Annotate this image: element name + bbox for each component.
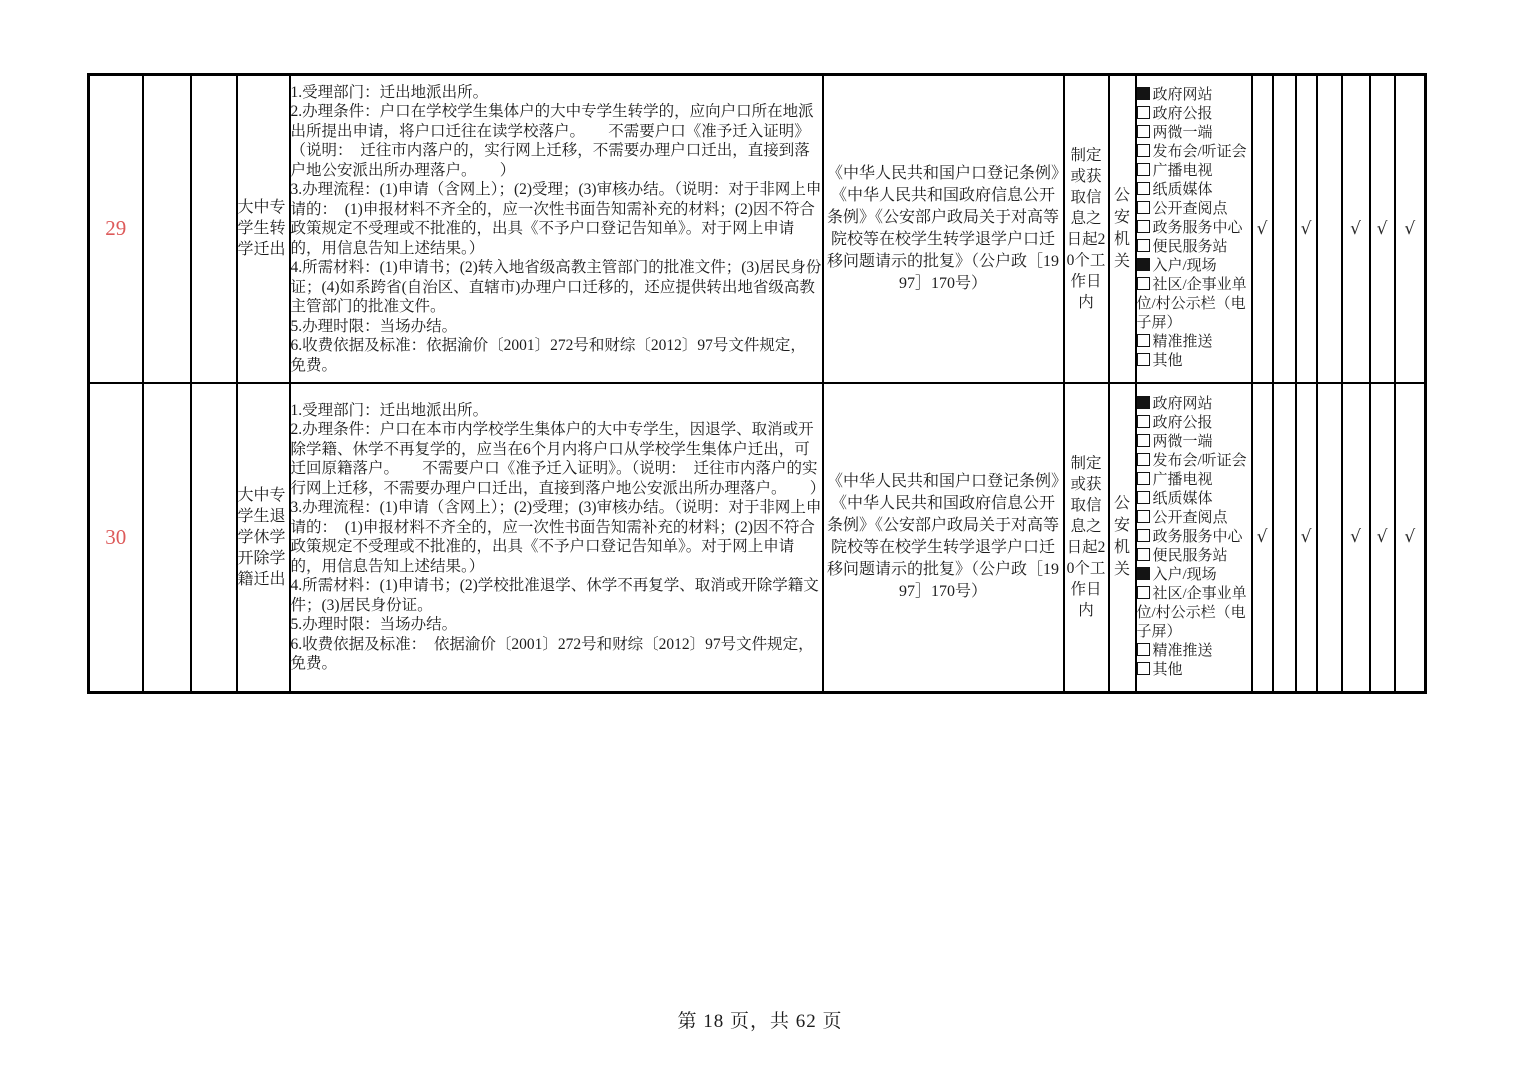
- table-row: 29 大中专学生转学迁出 1.受理部门：迁出地派出所。2.办理条件：户口在学校学…: [89, 75, 1426, 383]
- channel-label: 入户/现场: [1153, 567, 1217, 583]
- channel-label: 两微一端: [1153, 434, 1213, 450]
- checkbox-unchecked-icon: [1137, 491, 1150, 504]
- publication-channels: 政府网站政府公报两微一端发布会/听证会广播电视纸质媒体公开查阅点政务服务中心便民…: [1136, 75, 1252, 383]
- publication-channels: 政府网站政府公报两微一端发布会/听证会广播电视纸质媒体公开查阅点政务服务中心便民…: [1136, 383, 1252, 693]
- channel-label: 政府网站: [1153, 87, 1213, 103]
- service-description: 1.受理部门：迁出地派出所。2.办理条件：户口在本市内学校学生集体户的大中专学生…: [290, 383, 823, 693]
- channel-label: 政府网站: [1153, 396, 1213, 412]
- checkbox-unchecked-icon: [1137, 163, 1150, 176]
- channel-item: 便民服务站: [1137, 547, 1251, 566]
- row-number: 30: [89, 383, 143, 693]
- check-mark-cell: √: [1296, 75, 1317, 383]
- row-number: 29: [89, 75, 143, 383]
- checkbox-unchecked-icon: [1137, 182, 1150, 195]
- check-mark-cell: √: [1252, 383, 1273, 693]
- check-mark-cell: [1273, 383, 1296, 693]
- checkbox-unchecked-icon: [1137, 106, 1150, 119]
- check-mark-cell: √: [1395, 383, 1426, 693]
- channel-item: 公开查阅点: [1137, 200, 1251, 219]
- channel-label: 政府公报: [1153, 415, 1213, 431]
- checkbox-unchecked-icon: [1137, 662, 1150, 675]
- time-limit: 制定或获取信息之日起20个工作日内: [1064, 383, 1109, 693]
- checkbox-unchecked-icon: [1137, 415, 1150, 428]
- channel-label: 公开查阅点: [1153, 201, 1228, 217]
- check-mark-cell: [1317, 75, 1342, 383]
- channel-label: 发布会/听证会: [1153, 453, 1247, 469]
- check-mark-cell: √: [1370, 383, 1395, 693]
- check-mark-cell: √: [1342, 75, 1370, 383]
- checkbox-unchecked-icon: [1137, 125, 1150, 138]
- time-limit: 制定或获取信息之日起20个工作日内: [1064, 75, 1109, 383]
- channel-label: 广播电视: [1153, 163, 1213, 179]
- empty-cell: [143, 75, 191, 383]
- table-body: 29 大中专学生转学迁出 1.受理部门：迁出地派出所。2.办理条件：户口在学校学…: [89, 75, 1426, 693]
- channel-item: 纸质媒体: [1137, 490, 1251, 509]
- channel-label: 公开查阅点: [1153, 510, 1228, 526]
- channel-label: 社区/企事业单位/村公示栏（电子屏）: [1137, 586, 1247, 640]
- channel-label: 政府公报: [1153, 106, 1213, 122]
- channel-item: 其他: [1137, 661, 1251, 680]
- authority: 公安机关: [1109, 75, 1136, 383]
- channel-item: 政府公报: [1137, 105, 1251, 124]
- description-line: 1.受理部门：迁出地派出所。: [291, 83, 822, 103]
- channel-label: 纸质媒体: [1153, 491, 1213, 507]
- channel-item: 纸质媒体: [1137, 181, 1251, 200]
- checkbox-unchecked-icon: [1137, 586, 1150, 599]
- empty-cell: [191, 383, 237, 693]
- check-mark-cell: √: [1370, 75, 1395, 383]
- checkbox-unchecked-icon: [1137, 548, 1150, 561]
- service-table: 29 大中专学生转学迁出 1.受理部门：迁出地派出所。2.办理条件：户口在学校学…: [87, 73, 1427, 694]
- channel-item: 精准推送: [1137, 642, 1251, 661]
- channel-item: 政府网站: [1137, 86, 1251, 105]
- channel-label: 社区/企事业单位/村公示栏（电子屏）: [1137, 277, 1247, 331]
- check-mark-cell: √: [1342, 383, 1370, 693]
- channel-label: 纸质媒体: [1153, 182, 1213, 198]
- channel-label: 发布会/听证会: [1153, 144, 1247, 160]
- authority: 公安机关: [1109, 383, 1136, 693]
- channel-item: 公开查阅点: [1137, 509, 1251, 528]
- channel-item: 两微一端: [1137, 433, 1251, 452]
- description-line: 2.办理条件：户口在本市内学校学生集体户的大中专学生，因退学、取消或开除学籍、休…: [291, 420, 822, 498]
- channel-item: 政务服务中心: [1137, 219, 1251, 238]
- description-line: 3.办理流程：(1)申请（含网上）；(2)受理；(3)审核办结。（说明：对于非网…: [291, 180, 822, 258]
- checkbox-checked-icon: [1137, 396, 1150, 409]
- checkbox-unchecked-icon: [1137, 201, 1150, 214]
- checkbox-unchecked-icon: [1137, 643, 1150, 656]
- check-mark-cell: [1273, 75, 1296, 383]
- description-line: 1.受理部门：迁出地派出所。: [291, 401, 822, 421]
- check-mark-cell: [1317, 383, 1342, 693]
- checkbox-unchecked-icon: [1137, 434, 1150, 447]
- channel-label: 其他: [1153, 353, 1183, 369]
- checkbox-unchecked-icon: [1137, 472, 1150, 485]
- channel-item: 发布会/听证会: [1137, 452, 1251, 471]
- check-mark-cell: √: [1296, 383, 1317, 693]
- channel-item: 广播电视: [1137, 471, 1251, 490]
- page-footer: 第 18 页，共 62 页: [0, 1006, 1520, 1033]
- service-name: 大中专学生转学迁出: [237, 75, 290, 383]
- channel-item: 入户/现场: [1137, 566, 1251, 585]
- channel-item: 政府网站: [1137, 395, 1251, 414]
- channel-label: 便民服务站: [1153, 548, 1228, 564]
- check-mark-cell: √: [1395, 75, 1426, 383]
- channel-label: 入户/现场: [1153, 258, 1217, 274]
- channel-item: 社区/企事业单位/村公示栏（电子屏）: [1137, 276, 1251, 333]
- channel-label: 政务服务中心: [1153, 529, 1243, 545]
- description-line: 5.办理时限：当场办结。: [291, 615, 822, 635]
- channel-item: 精准推送: [1137, 333, 1251, 352]
- checkbox-unchecked-icon: [1137, 144, 1150, 157]
- channel-label: 便民服务站: [1153, 239, 1228, 255]
- empty-cell: [191, 75, 237, 383]
- channel-item: 社区/企事业单位/村公示栏（电子屏）: [1137, 585, 1251, 642]
- service-description: 1.受理部门：迁出地派出所。2.办理条件：户口在学校学生集体户的大中专学生转学的…: [290, 75, 823, 383]
- channel-item: 发布会/听证会: [1137, 143, 1251, 162]
- channel-item: 两微一端: [1137, 124, 1251, 143]
- channel-item: 广播电视: [1137, 162, 1251, 181]
- checkbox-checked-icon: [1137, 258, 1150, 271]
- checkbox-unchecked-icon: [1137, 220, 1150, 233]
- description-line: 4.所需材料：(1)申请书；(2)转入地省级高教主管部门的批准文件；(3)居民身…: [291, 258, 822, 317]
- checkbox-unchecked-icon: [1137, 510, 1150, 523]
- description-line: 4.所需材料：(1)申请书；(2)学校批准退学、休学不再复学、取消或开除学籍文件…: [291, 576, 822, 615]
- checkbox-unchecked-icon: [1137, 334, 1150, 347]
- checkbox-unchecked-icon: [1137, 277, 1150, 290]
- legal-basis: 《中华人民共和国户口登记条例》《中华人民共和国政府信息公开条例》《公安部户政局关…: [823, 383, 1064, 693]
- channel-label: 精准推送: [1153, 334, 1213, 350]
- checkbox-unchecked-icon: [1137, 353, 1150, 366]
- service-name: 大中专学生退学休学开除学籍迁出: [237, 383, 290, 693]
- checkbox-unchecked-icon: [1137, 453, 1150, 466]
- channel-item: 政务服务中心: [1137, 528, 1251, 547]
- legal-basis: 《中华人民共和国户口登记条例》《中华人民共和国政府信息公开条例》《公安部户政局关…: [823, 75, 1064, 383]
- checkbox-checked-icon: [1137, 87, 1150, 100]
- check-mark-cell: √: [1252, 75, 1273, 383]
- description-line: 3.办理流程：(1)申请（含网上）；(2)受理；(3)审核办结。（说明：对于非网…: [291, 498, 822, 576]
- checkbox-checked-icon: [1137, 567, 1150, 580]
- channel-label: 精准推送: [1153, 643, 1213, 659]
- checkbox-unchecked-icon: [1137, 529, 1150, 542]
- table-row: 30 大中专学生退学休学开除学籍迁出 1.受理部门：迁出地派出所。2.办理条件：…: [89, 383, 1426, 693]
- description-line: 6.收费依据及标准： 依据渝价〔2001〕272号和财综〔2012〕97号文件规…: [291, 635, 822, 674]
- channel-label: 广播电视: [1153, 472, 1213, 488]
- channel-item: 其他: [1137, 352, 1251, 371]
- empty-cell: [143, 383, 191, 693]
- channel-label: 两微一端: [1153, 125, 1213, 141]
- channel-item: 入户/现场: [1137, 257, 1251, 276]
- description-line: 5.办理时限：当场办结。: [291, 317, 822, 337]
- channel-label: 政务服务中心: [1153, 220, 1243, 236]
- channel-item: 政府公报: [1137, 414, 1251, 433]
- channel-label: 其他: [1153, 662, 1183, 678]
- channel-item: 便民服务站: [1137, 238, 1251, 257]
- description-line: 2.办理条件：户口在学校学生集体户的大中专学生转学的，应向户口所在地派出所提出申…: [291, 102, 822, 180]
- description-line: 6.收费依据及标准：依据渝价〔2001〕272号和财综〔2012〕97号文件规定…: [291, 336, 822, 375]
- checkbox-unchecked-icon: [1137, 239, 1150, 252]
